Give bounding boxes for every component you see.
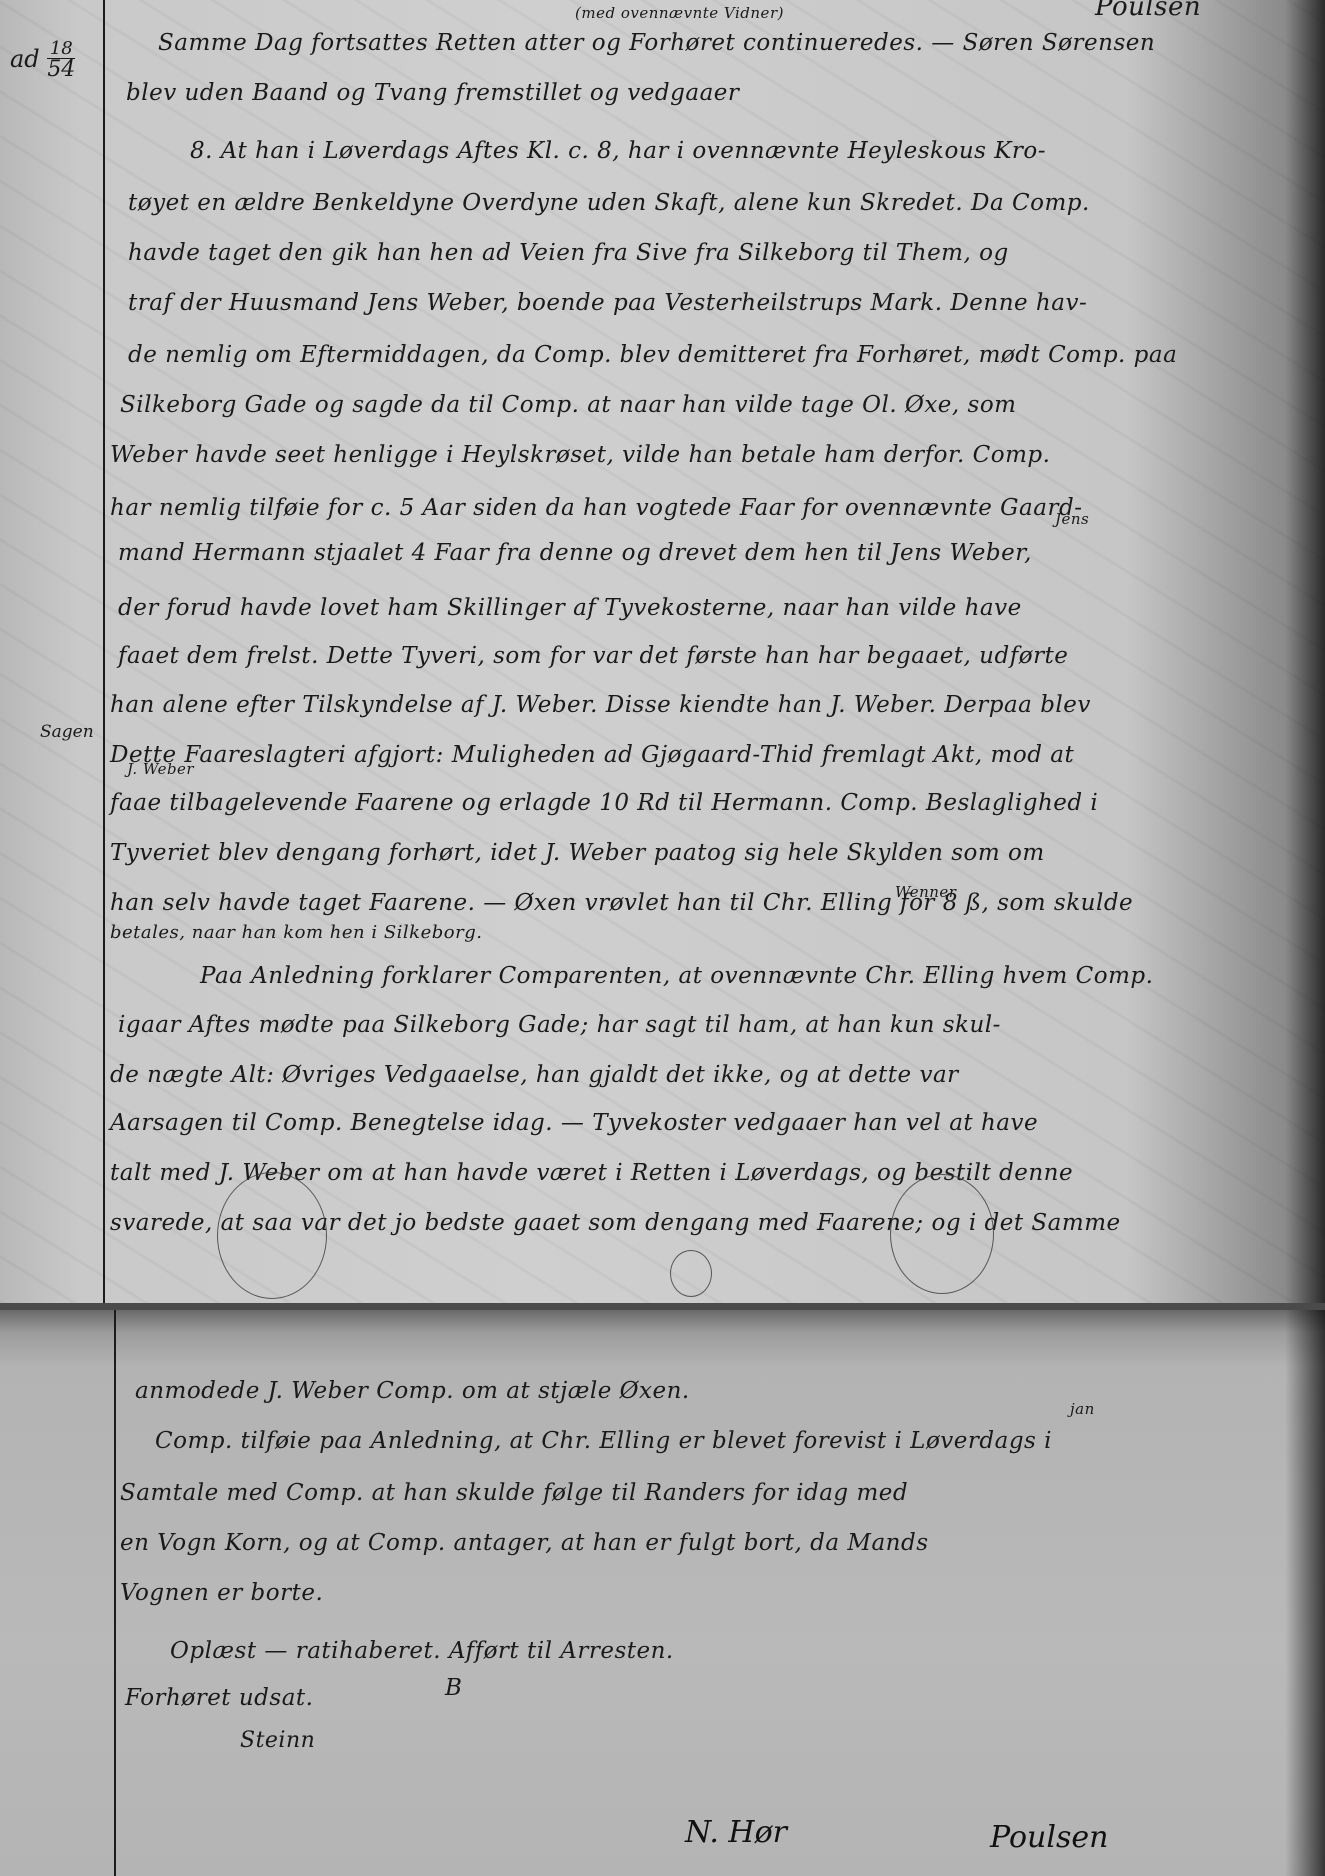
page-header-name: Poulsen [1095, 0, 1201, 22]
circular-stamp-mark [670, 1250, 712, 1297]
initial-mark: B [445, 1675, 462, 1701]
text-line: havde taget den gik han hen ad Veien fra… [128, 240, 1009, 266]
margin-note: Sagen [40, 722, 94, 742]
text-line: Weber havde seet henligge i Heylskrøset,… [110, 442, 1050, 468]
text-line: Aarsagen til Comp. Benegtelse idag. — Ty… [110, 1110, 1038, 1136]
page-seam [0, 1303, 1325, 1310]
text-line: Comp. tilføie paa Anledning, at Chr. Ell… [155, 1428, 1052, 1454]
margin-rule [103, 0, 105, 1303]
text-line: der forud havde lovet ham Skillinger af … [118, 595, 1022, 621]
margin-rule [114, 1310, 116, 1876]
margin-reference: ad 18 54 [10, 40, 75, 81]
text-line: Vognen er borte. [120, 1580, 323, 1606]
text-line: Paa Anledning forklarer Comparenten, at … [200, 963, 1153, 989]
paraph-signature: Steinn [240, 1728, 315, 1753]
text-line: Silkeborg Gade og sagde da til Comp. at … [120, 392, 1017, 418]
text-line: betales, naar han kom hen i Silkeborg. [110, 922, 482, 943]
text-line: de nægte Alt: Øvriges Vedgaaelse, han gj… [110, 1062, 959, 1088]
text-line: tøyet en ældre Benkeldyne Overdyne uden … [128, 190, 1090, 216]
text-line: faae tilbagelevende Faarene og erlagde 1… [110, 790, 1098, 816]
text-line: Oplæst — ratihaberet. Afført til Arreste… [170, 1638, 674, 1664]
text-line: anmodede J. Weber Comp. om at stjæle Øxe… [135, 1378, 690, 1404]
text-line: Tyveriet blev dengang forhørt, idet J. W… [110, 840, 1045, 866]
text-line: Forhøret udsat. [125, 1685, 313, 1711]
margin-reference-prefix: ad [10, 45, 40, 73]
text-line: blev uden Baand og Tvang fremstillet og … [126, 80, 739, 106]
text-line: traf der Huusmand Jens Weber, boende paa… [128, 290, 1087, 316]
text-line: Samme Dag fortsattes Retten atter og For… [158, 30, 1155, 56]
text-line: Dette Faareslagteri afgjort: Muligheden … [110, 742, 1074, 768]
circular-stamp-mark [890, 1174, 994, 1294]
margin-reference-denominator: 54 [47, 59, 75, 81]
text-line: 8. At han i Løverdags Aftes Kl. c. 8, ha… [190, 138, 1046, 164]
text-line: en Vogn Korn, og at Comp. antager, at ha… [120, 1530, 929, 1556]
text-line: han alene efter Tilskyndelse af J. Weber… [110, 692, 1091, 718]
text-line: Samtale med Comp. at han skulde følge ti… [120, 1480, 908, 1506]
line-insertion: jan [1070, 1400, 1095, 1418]
text-line: de nemlig om Eftermiddagen, da Comp. ble… [128, 342, 1177, 368]
text-line: faaet dem frelst. Dette Tyveri, som for … [118, 643, 1068, 669]
text-line: har nemlig tilføie for c. 5 Aar siden da… [110, 495, 1082, 521]
text-line: igaar Aftes mødte paa Silkeborg Gade; ha… [118, 1012, 1001, 1038]
signature-1: N. Hør [685, 1815, 787, 1850]
circular-stamp-mark [217, 1172, 327, 1299]
signature-2: Poulsen [990, 1820, 1108, 1855]
text-line: han selv havde taget Faarene. — Øxen vrø… [110, 890, 1133, 916]
line-insertion: (med ovennævnte Vidner) [575, 4, 784, 22]
text-line: mand Hermann stjaalet 4 Faar fra denne o… [118, 540, 1032, 566]
